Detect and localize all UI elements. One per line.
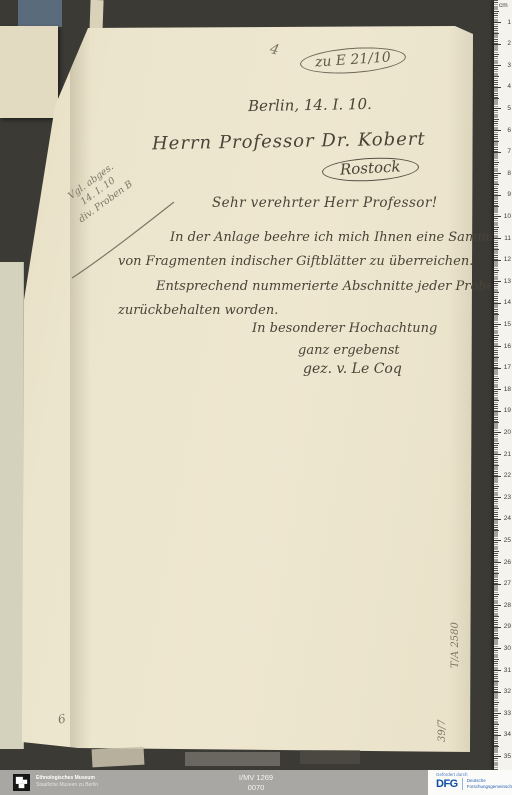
ruler-half-cm-tick bbox=[494, 702, 499, 703]
dateline: Berlin, 14. I. 10. bbox=[248, 95, 372, 115]
ruler-cm-number: 11 bbox=[500, 235, 511, 242]
ruler-cm-number: 20 bbox=[500, 429, 511, 436]
scanned-document-view: 4 zu E 21/10 Berlin, 14. I. 10. Herrn Pr… bbox=[0, 0, 512, 795]
ruler-cm-number: 12 bbox=[500, 256, 511, 263]
ruler-half-cm-tick bbox=[494, 249, 499, 250]
background-object bbox=[300, 750, 360, 764]
ruler-half-cm-tick bbox=[494, 616, 499, 617]
page-crease-left bbox=[70, 26, 100, 754]
ruler-cm-number: 1 bbox=[500, 19, 511, 26]
ruler-half-cm-tick bbox=[494, 573, 499, 574]
ruler-half-cm-tick bbox=[494, 335, 499, 336]
ruler-half-cm-tick bbox=[494, 206, 499, 207]
ruler-cm-number: 21 bbox=[500, 451, 511, 458]
ruler-half-cm-tick bbox=[494, 443, 499, 444]
ruler-cm-number: 8 bbox=[500, 170, 511, 177]
ruler-half-cm-tick bbox=[494, 422, 499, 423]
ruler-half-cm-tick bbox=[494, 465, 499, 466]
ruler-half-cm-tick bbox=[494, 33, 499, 34]
underlying-page-edge-left bbox=[0, 26, 58, 118]
ruler-half-cm-tick bbox=[494, 486, 499, 487]
ruler-mm-ticks bbox=[494, 0, 498, 770]
ruler-cm-number: 14 bbox=[500, 299, 511, 306]
body-line: Entsprechend nummerierte Abschnitte jede… bbox=[156, 279, 512, 294]
ruler-cm-number: 18 bbox=[500, 386, 511, 393]
ruler-half-cm-tick bbox=[494, 378, 499, 379]
body-line: zurückbehalten worden. bbox=[118, 303, 278, 318]
ruler-half-cm-tick bbox=[494, 11, 499, 12]
ruler-cm-number: 24 bbox=[500, 515, 511, 522]
ruler-half-cm-tick bbox=[494, 292, 499, 293]
side-annotation-archive-number: T/A 2580 bbox=[450, 622, 461, 668]
ruler-half-cm-tick bbox=[494, 530, 499, 531]
body-line: von Fragmenten indischer Giftblätter zu … bbox=[118, 254, 473, 269]
ruler-cm-number: 32 bbox=[500, 688, 511, 695]
dfg-acronym-logo: DFG bbox=[436, 778, 458, 790]
ruler-cm-number: 26 bbox=[500, 559, 511, 566]
ruler-cm-number: 17 bbox=[500, 364, 511, 371]
ruler-cm-number: 5 bbox=[500, 105, 511, 112]
ruler-cm-number: 35 bbox=[500, 753, 511, 760]
ruler-cm-number: 2 bbox=[500, 40, 511, 47]
ruler-cm-number: 19 bbox=[500, 407, 511, 414]
ruler-cm-number: 25 bbox=[500, 537, 511, 544]
ruler-cm-number: 6 bbox=[500, 127, 511, 134]
caption-bar: Ethnologisches Museum Staatliche Museen … bbox=[0, 770, 512, 795]
ruler-cm-number: 3 bbox=[500, 62, 511, 69]
ruler-half-cm-tick bbox=[494, 270, 499, 271]
file-tab-edge bbox=[18, 0, 62, 27]
ruler-cm-number: 27 bbox=[500, 580, 511, 587]
background-object bbox=[92, 747, 145, 768]
ruler-half-cm-tick bbox=[494, 357, 499, 358]
ruler-cm-number: 15 bbox=[500, 321, 511, 328]
closing-line: In besonderer Hochachtung bbox=[252, 321, 437, 336]
ruler-unit-label: cm bbox=[499, 2, 508, 9]
cm-ruler: cm 1234567891011121314151617181920212223… bbox=[494, 0, 512, 770]
ruler-half-cm-tick bbox=[494, 54, 499, 55]
ruler-cm-number: 22 bbox=[500, 472, 511, 479]
ruler-cm-number: 13 bbox=[500, 278, 511, 285]
funding-label: Gefördert durch bbox=[436, 772, 468, 777]
ruler-half-cm-tick bbox=[494, 314, 499, 315]
ruler-half-cm-tick bbox=[494, 746, 499, 747]
ruler-cm-number: 4 bbox=[500, 83, 511, 90]
ruler-cm-number: 30 bbox=[500, 645, 511, 652]
ruler-cm-number: 34 bbox=[500, 731, 511, 738]
ruler-half-cm-tick bbox=[494, 551, 499, 552]
dfg-full-name: Deutsche Forschungsgemeinschaft bbox=[462, 778, 511, 789]
ruler-cm-number: 7 bbox=[500, 148, 511, 155]
ruler-cm-number: 29 bbox=[500, 623, 511, 630]
ruler-half-cm-tick bbox=[494, 98, 499, 99]
body-line: In der Anlage beehre ich mich Ihnen eine… bbox=[170, 230, 512, 245]
salutation: Sehr verehrter Herr Professor! bbox=[212, 195, 438, 211]
ruler-half-cm-tick bbox=[494, 508, 499, 509]
ruler-cm-number: 28 bbox=[500, 602, 511, 609]
ruler-cm-number: 23 bbox=[500, 494, 511, 501]
ruler-half-cm-tick bbox=[494, 119, 499, 120]
signature-line: gez. v. Le Coq bbox=[303, 361, 402, 377]
ruler-half-cm-tick bbox=[494, 227, 499, 228]
dfg-logo-box: Gefördert durch DFG Deutsche Forschungsg… bbox=[428, 770, 512, 795]
ruler-half-cm-tick bbox=[494, 184, 499, 185]
file-number-circled: zu E 21/10 bbox=[299, 44, 406, 76]
background-object bbox=[185, 752, 280, 766]
ruler-cm-number: 9 bbox=[500, 191, 511, 198]
ruler-cm-number: 31 bbox=[500, 667, 511, 674]
ruler-cm-number: 33 bbox=[500, 710, 511, 717]
ruler-half-cm-tick bbox=[494, 76, 499, 77]
ruler-half-cm-tick bbox=[494, 659, 499, 660]
underlying-page-edge-green bbox=[0, 262, 24, 749]
closing-line: ganz ergebenst bbox=[298, 343, 400, 358]
ruler-half-cm-tick bbox=[494, 141, 499, 142]
side-annotation-folio-number: 39/7 bbox=[437, 720, 448, 742]
ruler-half-cm-tick bbox=[494, 594, 499, 595]
ruler-cm-number: 10 bbox=[500, 213, 511, 220]
ruler-cm-number: 16 bbox=[500, 343, 511, 350]
ruler-half-cm-tick bbox=[494, 162, 499, 163]
recipient-city-circled: Rostock bbox=[321, 155, 419, 183]
ruler-half-cm-tick bbox=[494, 400, 499, 401]
ruler-half-cm-tick bbox=[494, 724, 499, 725]
ruler-half-cm-tick bbox=[494, 681, 499, 682]
ruler-half-cm-tick bbox=[494, 638, 499, 639]
